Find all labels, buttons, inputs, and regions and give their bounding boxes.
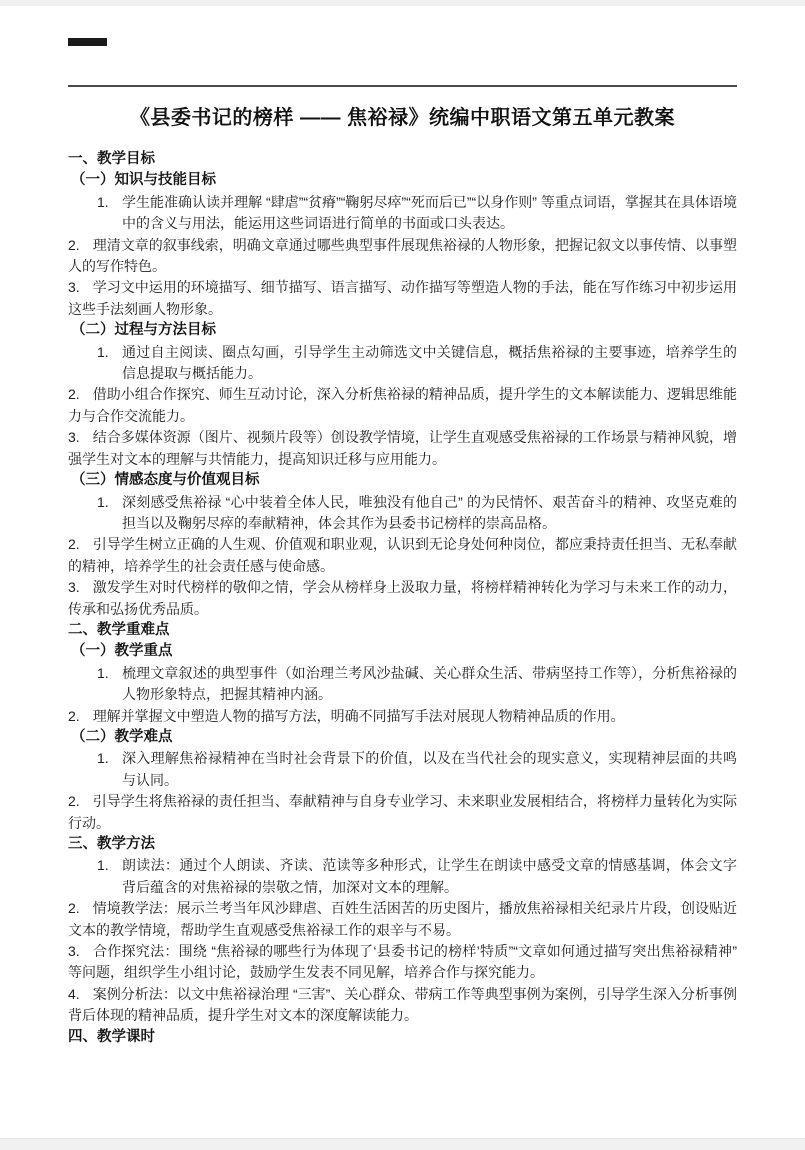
item-text: 借助小组合作探究、师生互动讨论，深入分析焦裕禄的精神品质，提升学生的文本解读能力… <box>68 386 737 423</box>
item-text: 朗读法：通过个人朗读、齐读、范读等多种形式，让学生在朗读中感受文章的情感基调，体… <box>122 857 737 894</box>
numbered-paragraph: 4.案例分析法：以文中焦裕禄治理 “三害”、关心群众、带病工作等典型事例为案例，… <box>68 984 737 1027</box>
numbered-paragraph: 2.引导学生树立正确的人生观、价值观和职业观，认识到无论身处何种岗位，都应秉持责… <box>68 534 737 577</box>
item-number: 4. <box>68 986 80 1002</box>
item-number: 3. <box>68 579 80 595</box>
item-text: 案例分析法：以文中焦裕禄治理 “三害”、关心群众、带病工作等典型事例为案例，引导… <box>68 986 737 1023</box>
item-number: 3. <box>68 943 80 959</box>
item-text: 引导学生将焦裕禄的责任担当、奉献精神与自身专业学习、未来职业发展相结合，将榜样力… <box>68 793 737 830</box>
item-number: 3. <box>68 429 80 445</box>
item-number: 2. <box>68 237 80 253</box>
subsection-heading: （二）过程与方法目标 <box>68 320 737 341</box>
doc-title: 《县委书记的榜样 —— 焦裕禄》统编中职语文第五单元教案 <box>68 103 737 133</box>
item-number: 1. <box>97 192 109 213</box>
item-text: 情境教学法：展示兰考当年风沙肆虐、百姓生活困苦的历史图片，播放焦裕禄相关纪录片片… <box>68 900 737 937</box>
item-number: 2. <box>68 536 80 552</box>
doc-body: 一、教学目标（一）知识与技能目标1.学生能准确认读并理解 “肆虐”“贫瘠”“鞠躬… <box>68 149 737 1048</box>
numbered-item-indented: 1.通过自主阅读、圈点勾画，引导学生主动筛选文中关键信息，概括焦裕禄的主要事迹，… <box>68 342 737 385</box>
subsection-heading: （三）情感态度与价值观目标 <box>68 470 737 491</box>
numbered-paragraph: 2.理清文章的叙事线索，明确文章通过哪些典型事件展现焦裕禄的人物形象，把握记叙文… <box>68 235 737 278</box>
numbered-item-indented: 1.朗读法：通过个人朗读、齐读、范读等多种形式，让学生在朗读中感受文章的情感基调… <box>68 855 737 898</box>
item-text: 结合多媒体资源（图片、视频片段等）创设教学情境，让学生直观感受焦裕禄的工作场景与… <box>68 429 737 466</box>
numbered-paragraph: 3.激发学生对时代榜样的敬仰之情，学会从榜样身上汲取力量，将榜样精神转化为学习与… <box>68 577 737 620</box>
numbered-item-indented: 1.梳理文章叙述的典型事件（如治理兰考风沙盐碱、关心群众生活、带病坚持工作等），… <box>68 663 737 706</box>
item-number: 2. <box>68 793 80 809</box>
subsection-heading: （一）知识与技能目标 <box>68 170 737 191</box>
item-text: 梳理文章叙述的典型事件（如治理兰考风沙盐碱、关心群众生活、带病坚持工作等），分析… <box>122 665 737 702</box>
item-text: 合作探究法：围绕 “焦裕禄的哪些行为体现了‘县委书记的榜样’特质”“文章如何通过… <box>68 943 737 980</box>
section-heading: 三、教学方法 <box>68 834 737 855</box>
numbered-paragraph: 2.借助小组合作探究、师生互动讨论，深入分析焦裕禄的精神品质，提升学生的文本解读… <box>68 384 737 427</box>
item-number: 1. <box>97 342 109 363</box>
item-number: 1. <box>97 663 109 684</box>
subsection-heading: （一）教学重点 <box>68 641 737 662</box>
item-text: 深刻感受焦裕禄 “心中装着全体人民，唯独没有他自己” 的为民情怀、艰苦奋斗的精神… <box>122 494 737 531</box>
item-text: 理清文章的叙事线索，明确文章通过哪些典型事件展现焦裕禄的人物形象，把握记叙文以事… <box>68 237 737 274</box>
item-text: 深入理解焦裕禄精神在当时社会背景下的价值，以及在当代社会的现实意义，实现精神层面… <box>122 750 737 787</box>
item-number: 2. <box>68 708 80 724</box>
document-page: 《县委书记的榜样 —— 焦裕禄》统编中职语文第五单元教案 一、教学目标（一）知识… <box>0 6 805 1139</box>
numbered-item-indented: 1.深入理解焦裕禄精神在当时社会背景下的价值，以及在当代社会的现实意义，实现精神… <box>68 748 737 791</box>
item-text: 激发学生对时代榜样的敬仰之情，学会从榜样身上汲取力量，将榜样精神转化为学习与未来… <box>68 579 737 616</box>
item-number: 3. <box>68 279 80 295</box>
section-heading: 二、教学重难点 <box>68 620 737 641</box>
item-text: 引导学生树立正确的人生观、价值观和职业观，认识到无论身处何种岗位，都应秉持责任担… <box>68 536 737 573</box>
item-number: 1. <box>97 855 109 876</box>
numbered-paragraph: 2.情境教学法：展示兰考当年风沙肆虐、百姓生活困苦的历史图片，播放焦裕禄相关纪录… <box>68 898 737 941</box>
item-text: 理解并掌握文中塑造人物的描写方法，明确不同描写手法对展现人物精神品质的作用。 <box>93 708 625 724</box>
header-dash <box>68 38 107 46</box>
numbered-item-indented: 1.学生能准确认读并理解 “肆虐”“贫瘠”“鞠躬尽瘁”“死而后已”“以身作则” … <box>68 192 737 235</box>
section-heading: 一、教学目标 <box>68 149 737 170</box>
item-text: 学生能准确认读并理解 “肆虐”“贫瘠”“鞠躬尽瘁”“死而后已”“以身作则” 等重… <box>122 194 737 231</box>
item-number: 1. <box>97 492 109 513</box>
item-text: 学习文中运用的环境描写、细节描写、语言描写、动作描写等塑造人物的手法，能在写作练… <box>68 279 737 316</box>
section-heading: 四、教学课时 <box>68 1027 737 1048</box>
item-number: 2. <box>68 386 80 402</box>
numbered-paragraph: 2.引导学生将焦裕禄的责任担当、奉献精神与自身专业学习、未来职业发展相结合，将榜… <box>68 791 737 834</box>
numbered-paragraph: 3.合作探究法：围绕 “焦裕禄的哪些行为体现了‘县委书记的榜样’特质”“文章如何… <box>68 941 737 984</box>
numbered-paragraph: 3.结合多媒体资源（图片、视频片段等）创设教学情境，让学生直观感受焦裕禄的工作场… <box>68 427 737 470</box>
numbered-paragraph: 2.理解并掌握文中塑造人物的描写方法，明确不同描写手法对展现人物精神品质的作用。 <box>68 706 737 727</box>
header-rule <box>68 85 737 87</box>
numbered-paragraph: 3.学习文中运用的环境描写、细节描写、语言描写、动作描写等塑造人物的手法，能在写… <box>68 277 737 320</box>
numbered-item-indented: 1.深刻感受焦裕禄 “心中装着全体人民，唯独没有他自己” 的为民情怀、艰苦奋斗的… <box>68 492 737 535</box>
item-number: 1. <box>97 748 109 769</box>
subsection-heading: （二）教学难点 <box>68 727 737 748</box>
item-text: 通过自主阅读、圈点勾画，引导学生主动筛选文中关键信息，概括焦裕禄的主要事迹，培养… <box>122 344 737 381</box>
item-number: 2. <box>68 900 80 916</box>
